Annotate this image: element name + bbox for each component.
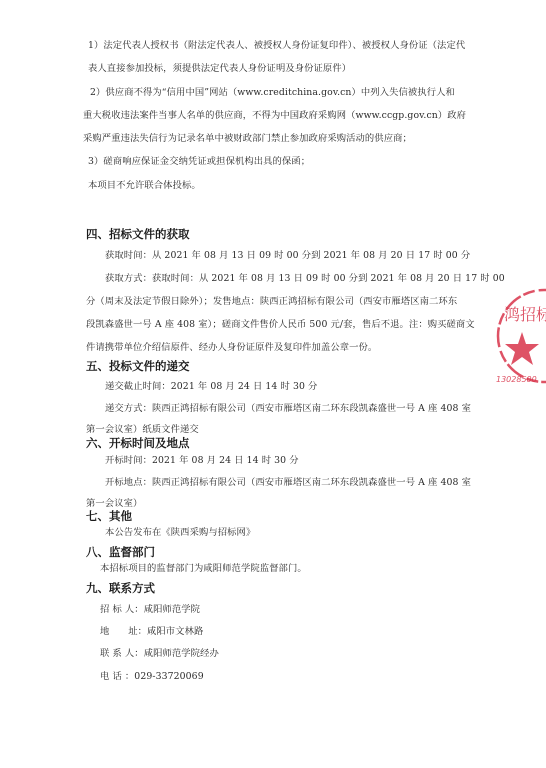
joint-bid-note: 本项目不允许联合体投标。 bbox=[88, 180, 201, 192]
document-page: 1）法定代表人授权书（附法定代表人、被授权人身份证复印件）、被授权人身份证（法定… bbox=[0, 0, 546, 768]
requirement-item-3: 3）磋商响应保证金交纳凭证或担保机构出具的保函； bbox=[88, 156, 310, 168]
section-5-line: 第一会议室）纸质文件递交 bbox=[86, 424, 199, 436]
section-heading-6: 六、开标时间及地点 bbox=[86, 436, 190, 450]
contact-phone: 电 话 ：029-33720069 bbox=[100, 671, 204, 683]
section-5-line: 递交方式：陕西正鸿招标有限公司（西安市雁塔区南二环东段凯森盛世一号 A 座 40… bbox=[105, 403, 471, 415]
section-4-line: 分（周末及法定节假日除外）；发售地点：陕西正鸿招标有限公司（西安市雁塔区南二环东 bbox=[86, 296, 457, 308]
requirement-item-2-line-3: 采购严重违法失信行为记录名单中被财政部门禁止参加政府采购活动的供应商； bbox=[83, 133, 412, 145]
stamp-text: 鸿招标 bbox=[504, 305, 546, 324]
requirement-item-2-line-2: 重大税收违法案件当事人名单的供应商，不得为中国政府采购网（www.ccgp.go… bbox=[83, 110, 466, 122]
section-6-line: 开标地点：陕西正鸿招标有限公司（西安市雁塔区南二环东段凯森盛世一号 A 座 40… bbox=[105, 477, 471, 489]
star-icon bbox=[505, 332, 539, 365]
requirement-item-1-line-2: 表人直接参加投标，须提供法定代表人身份证明及身份证原件） bbox=[88, 63, 351, 75]
section-5-line: 递交截止时间：2021 年 08 月 24 日 14 时 30 分 bbox=[105, 381, 317, 393]
requirement-item-2-line-1: 2）供应商不得为“信用中国”网站（www.creditchina.gov.cn）… bbox=[90, 87, 455, 99]
section-4-line: 件请携带单位介绍信原件、经办人身份证原件及复印件加盖公章一份。 bbox=[86, 342, 377, 354]
section-4-line: 段凯森盛世一号 A 座 408 室）；磋商文件售价人民币 500 元/套，售后不… bbox=[86, 319, 475, 331]
section-heading-9: 九、联系方式 bbox=[86, 581, 155, 595]
section-heading-8: 八、监督部门 bbox=[86, 545, 155, 559]
section-4-line: 获取方式：获取时间：从 2021 年 08 月 13 日 09 时 00 分到 … bbox=[105, 273, 505, 285]
section-heading-5: 五、投标文件的递交 bbox=[86, 359, 190, 373]
requirement-item-1-line-1: 1）法定代表人授权书（附法定代表人、被授权人身份证复印件）、被授权人身份证（法定… bbox=[88, 40, 465, 52]
official-seal-stamp: 鸿招标 13028500 bbox=[494, 286, 546, 386]
section-heading-7: 七、其他 bbox=[86, 509, 132, 523]
section-8-line: 本招标项目的监督部门为咸阳师范学院监督部门。 bbox=[100, 563, 307, 575]
section-heading-4: 四、招标文件的获取 bbox=[86, 227, 190, 241]
section-7-line: 本公告发布在《陕西采购与招标网》 bbox=[105, 527, 255, 539]
contact-person: 联 系 人：咸阳师范学院经办 bbox=[100, 648, 219, 660]
contact-address: 地 址：咸阳市文林路 bbox=[100, 626, 203, 638]
section-6-line: 开标时间：2021 年 08 月 24 日 14 时 30 分 bbox=[105, 455, 299, 467]
stamp-code: 13028500 bbox=[496, 375, 537, 384]
contact-bidder: 招 标 人：咸阳师范学院 bbox=[100, 604, 200, 616]
section-4-line: 获取时间：从 2021 年 08 月 13 日 09 时 00 分到 2021 … bbox=[105, 250, 470, 262]
